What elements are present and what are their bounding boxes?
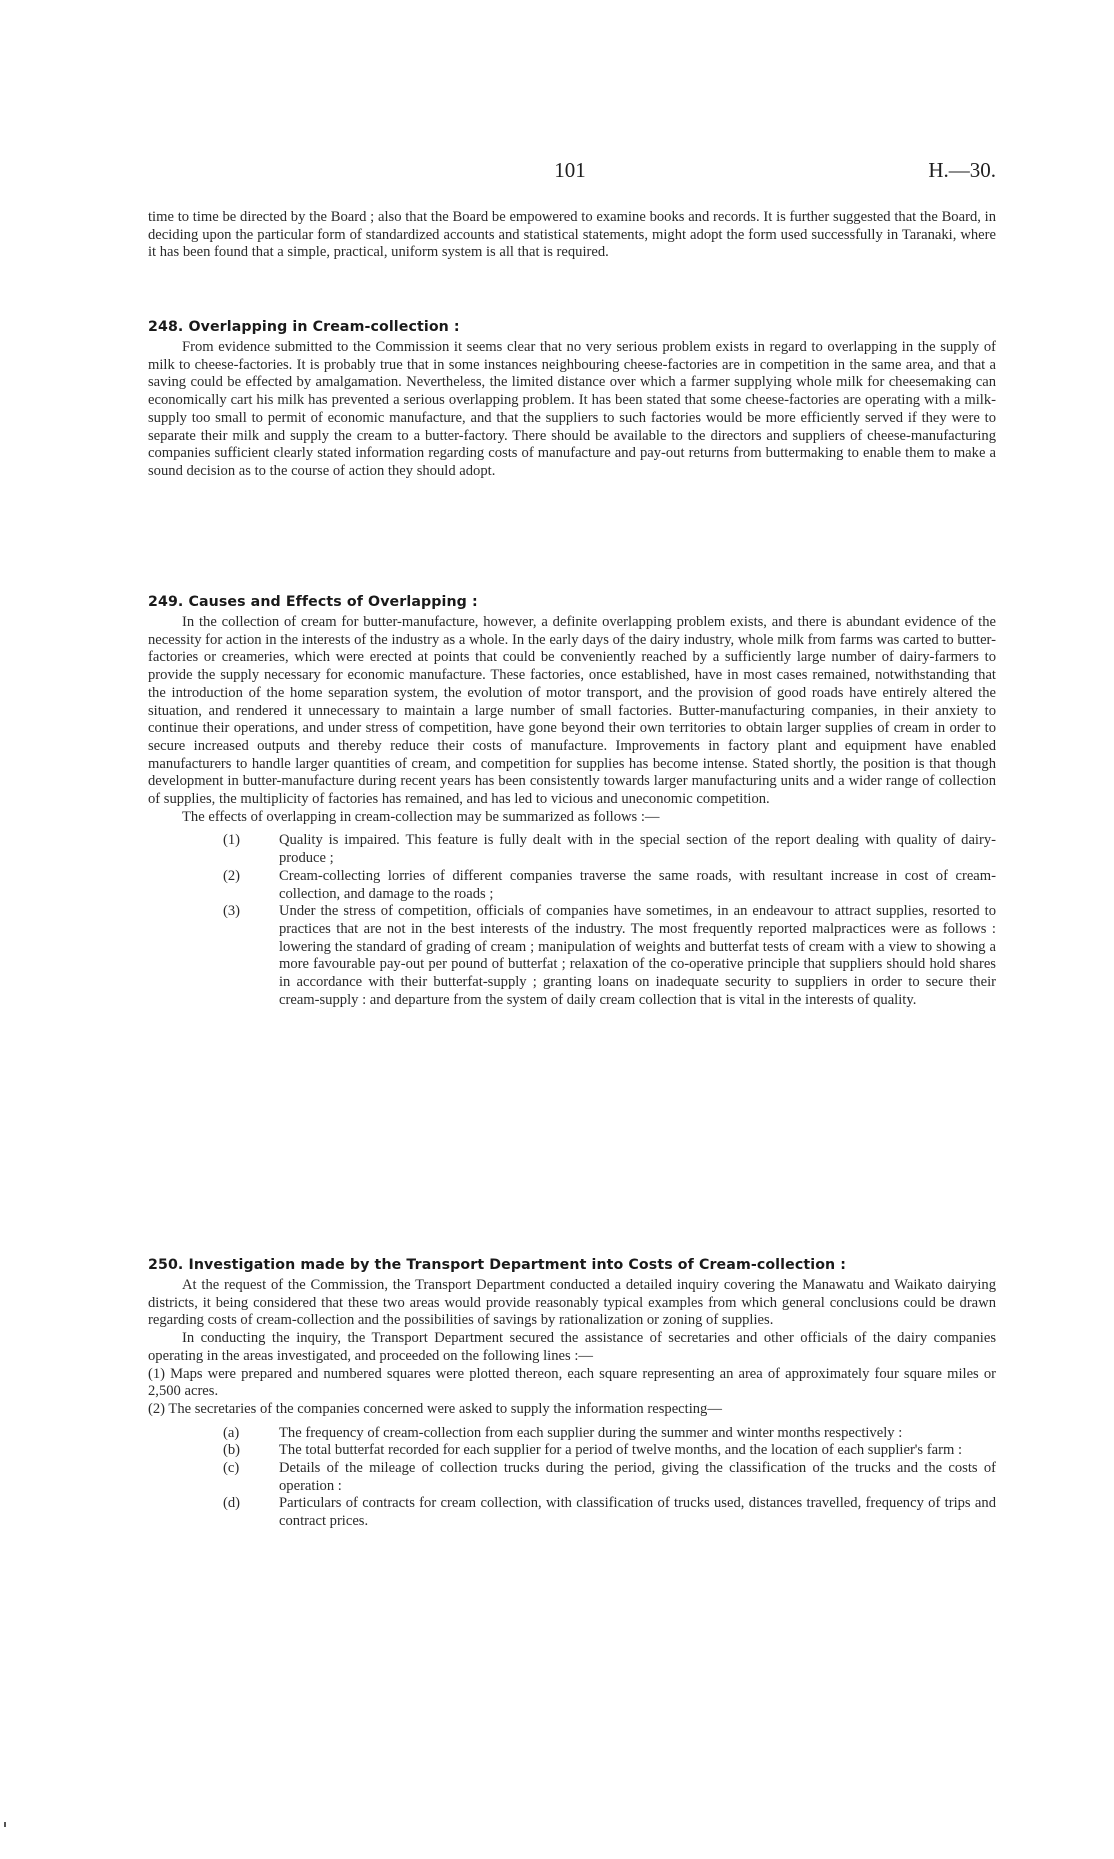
list-item-label: (2)	[223, 868, 240, 886]
list-item-text: Quality is impaired. This feature is ful…	[279, 832, 996, 866]
sublist-item-label: (c)	[223, 1460, 239, 1478]
effects-list: (1)Quality is impaired. This feature is …	[148, 832, 996, 1009]
sublist-item-text: Details of the mileage of collection tru…	[279, 1460, 996, 1494]
paragraph: In conducting the inquiry, the Transport…	[148, 1330, 996, 1365]
list-item: (1)Quality is impaired. This feature is …	[148, 832, 996, 867]
numbered-item: (2) The secretaries of the companies con…	[148, 1401, 996, 1419]
sublist-item: (c)Details of the mileage of collection …	[148, 1460, 996, 1495]
paragraph: From evidence submitted to the Commissio…	[148, 339, 996, 481]
sublist-item-text: Particulars of contracts for cream colle…	[279, 1495, 996, 1529]
numbered-item: (1) Maps were prepared and numbered squa…	[148, 1366, 996, 1401]
sublist-item-label: (a)	[223, 1425, 239, 1443]
list-item: (3)Under the stress of competition, offi…	[148, 903, 996, 1009]
list-item-label: (1)	[223, 832, 240, 850]
sublist-item-text: The frequency of cream-collection from e…	[279, 1425, 902, 1441]
sublist-item-label: (b)	[223, 1442, 240, 1460]
continuation-paragraph-block: time to time be directed by the Board ; …	[148, 209, 996, 262]
document-reference: H.—30.	[928, 158, 996, 183]
paragraph: At the request of the Commission, the Tr…	[148, 1277, 996, 1330]
scan-mark	[4, 1822, 6, 1827]
section-248-body: From evidence submitted to the Commissio…	[148, 339, 996, 481]
list-item: (2)Cream-collecting lorries of different…	[148, 868, 996, 903]
sublist-item-label: (d)	[223, 1495, 240, 1513]
continuation-paragraph: time to time be directed by the Board ; …	[148, 209, 996, 262]
list-item-text: Cream-collecting lorries of different co…	[279, 868, 996, 902]
sublist-item: (d)Particulars of contracts for cream co…	[148, 1495, 996, 1530]
list-item-text: Under the stress of competition, officia…	[279, 903, 996, 1008]
section-heading-248: 248. Overlapping in Cream-collection :	[148, 319, 460, 335]
paragraph: In the collection of cream for butter-ma…	[148, 614, 996, 809]
page-number: 101	[540, 158, 600, 183]
section-heading-250: 250. Investigation made by the Transport…	[148, 1257, 846, 1273]
list-item-label: (3)	[223, 903, 240, 921]
section-249-body: In the collection of cream for butter-ma…	[148, 614, 996, 1009]
sublist-item-text: The total butterfat recorded for each su…	[279, 1442, 962, 1458]
sublist-item: (b)The total butterfat recorded for each…	[148, 1442, 996, 1460]
section-250-body: At the request of the Commission, the Tr…	[148, 1277, 996, 1531]
document-page: 101 H.—30. time to time be directed by t…	[0, 0, 1114, 1859]
sublist-item: (a)The frequency of cream-collection fro…	[148, 1425, 996, 1443]
section-heading-249: 249. Causes and Effects of Overlapping :	[148, 594, 478, 610]
information-sublist: (a)The frequency of cream-collection fro…	[148, 1425, 996, 1531]
paragraph-summary-intro: The effects of overlapping in cream-coll…	[148, 809, 996, 827]
